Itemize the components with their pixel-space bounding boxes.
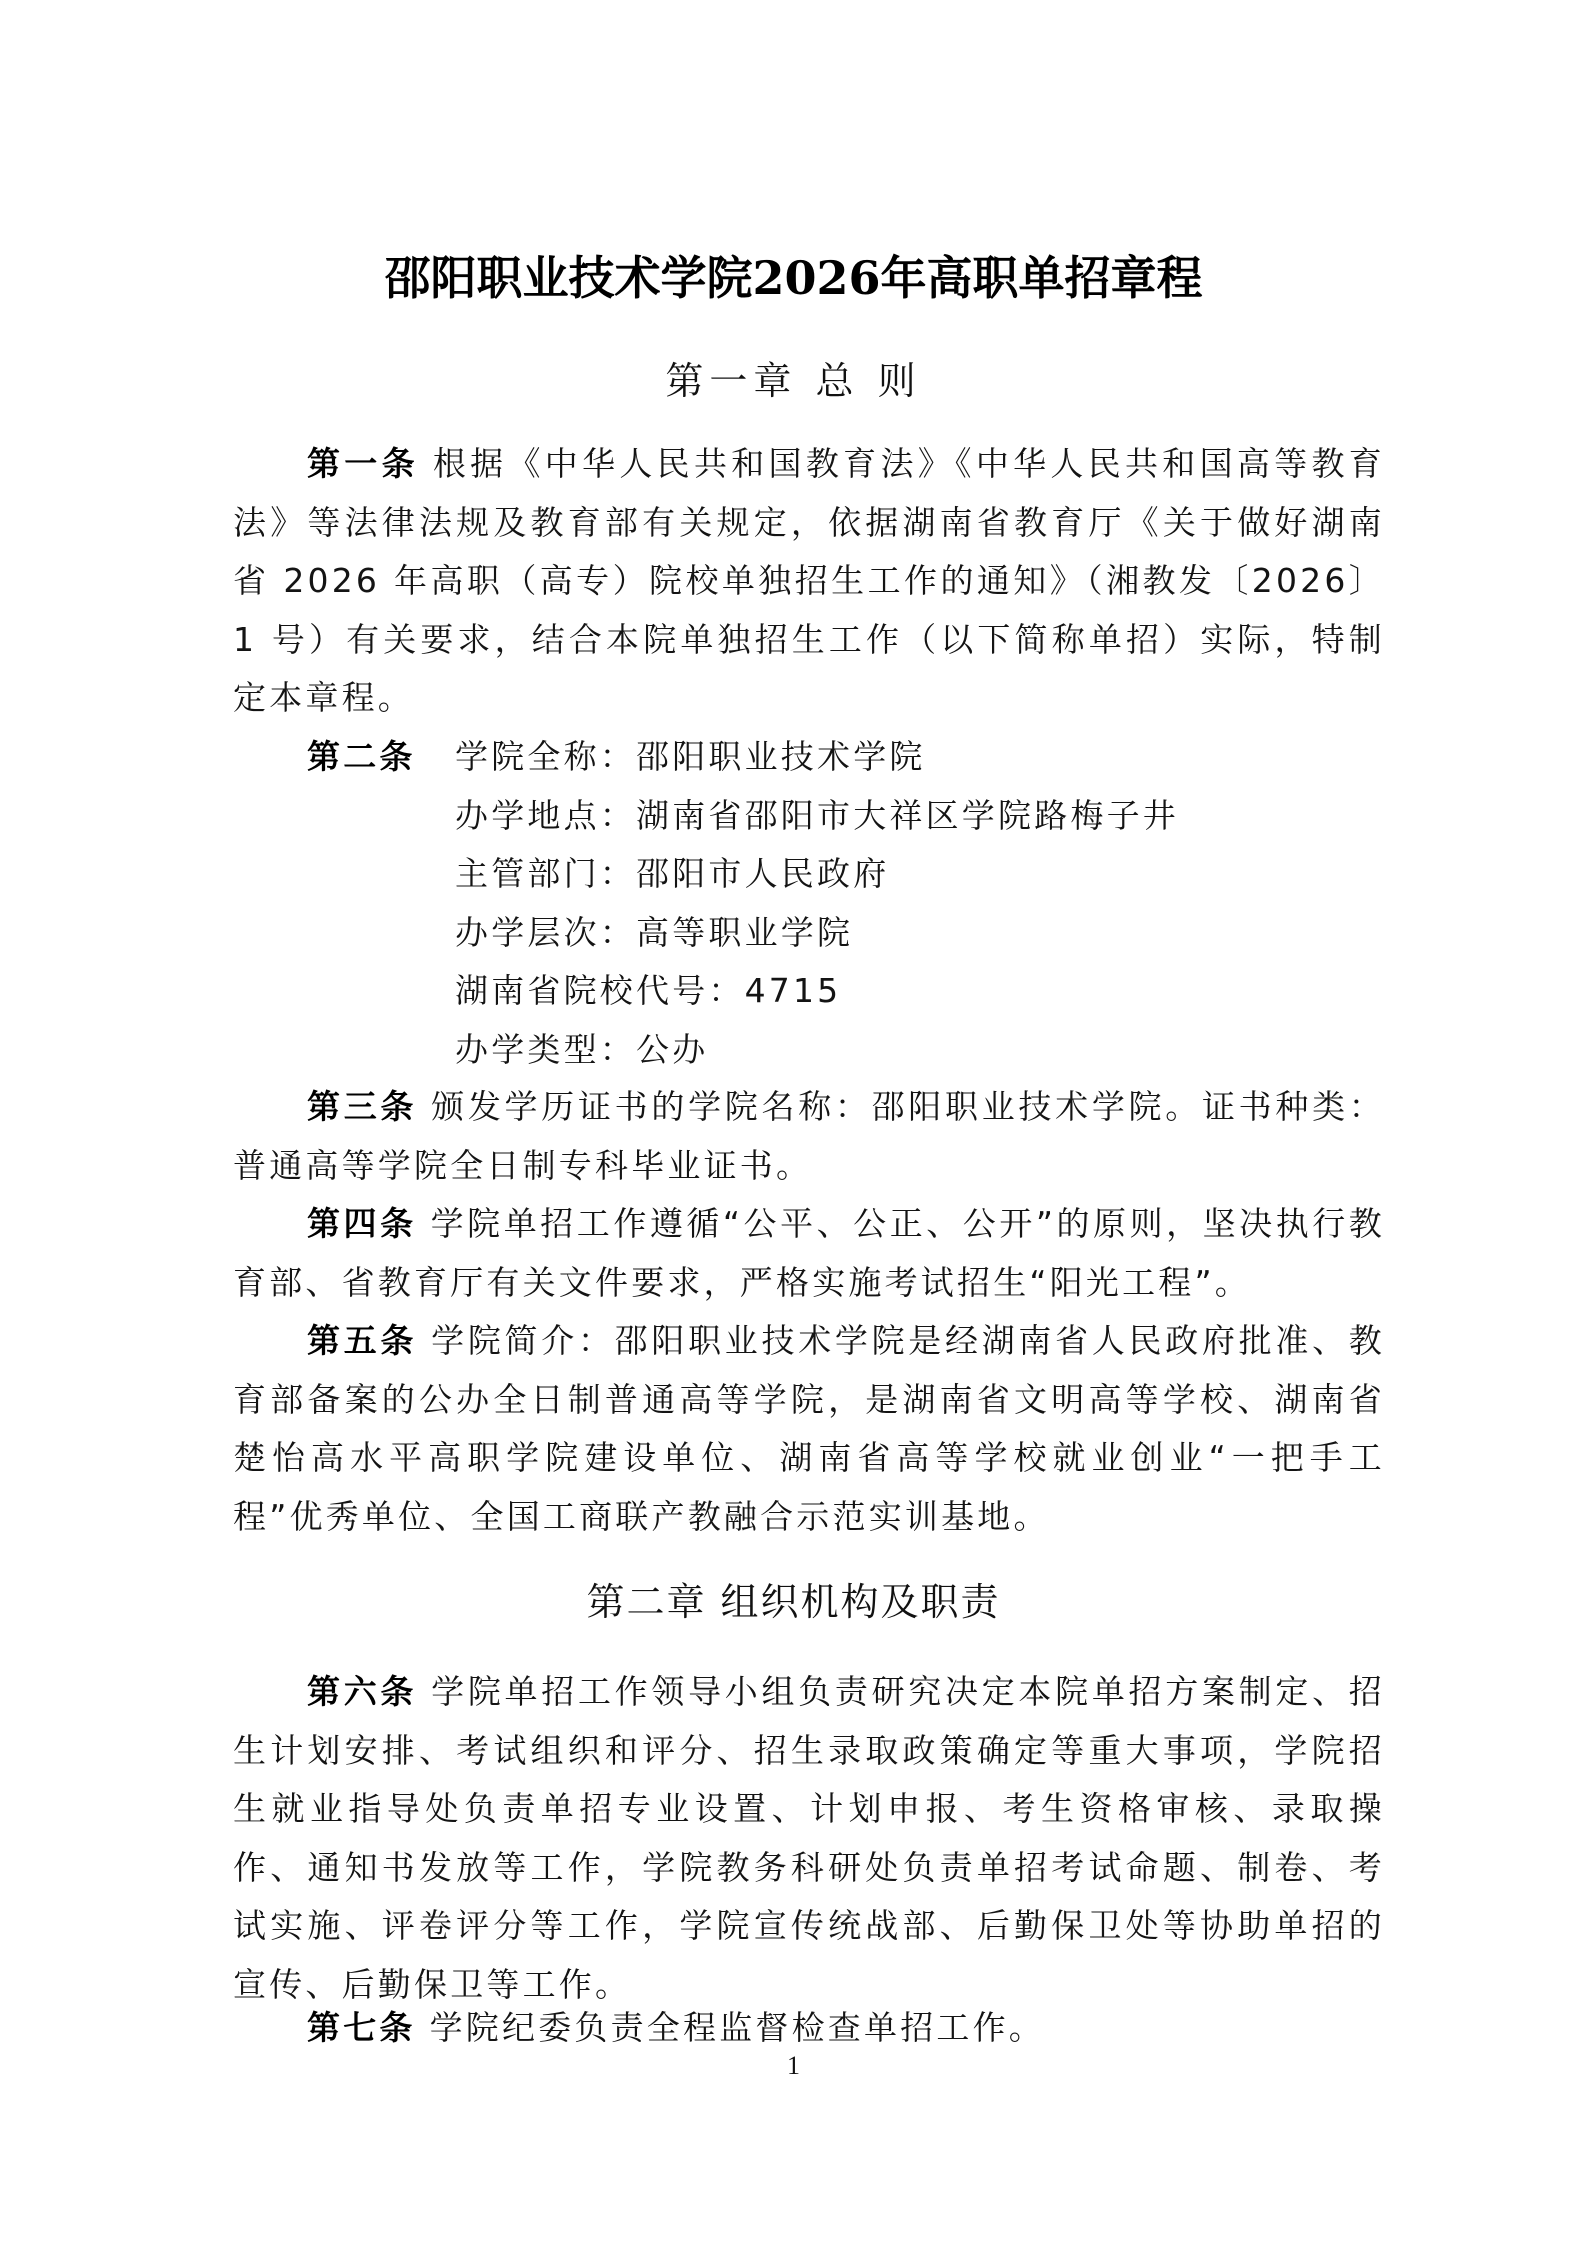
article-5: 第五条学院简介：邵阳职业技术学院是经湖南省人民政府批准、教育部备案的公办全日制普… (233, 1312, 1385, 1546)
article-paragraph: 第三条颁发学历证书的学院名称：邵阳职业技术学院。证书种类：普通高等学院全日制专科… (233, 1078, 1385, 1195)
article-1: 第一条根据《中华人民共和国教育法》《中华人民共和国高等教育法》等法律法规及教育部… (233, 435, 1385, 728)
article-paragraph: 第五条学院简介：邵阳职业技术学院是经湖南省人民政府批准、教育部备案的公办全日制普… (233, 1312, 1385, 1546)
article-label: 第三条 (307, 1087, 417, 1126)
page-number: 1 (0, 2050, 1587, 2082)
article-paragraph: 第七条学院纪委负责全程监督检查单招工作。 (233, 1999, 1385, 2058)
article-label: 第七条 (307, 2008, 416, 2047)
document-page: 邵阳职业技术学院2026年高职单招章程 第一章 总 则 第一条根据《中华人民共和… (0, 0, 1587, 2245)
article-7: 第七条学院纪委负责全程监督检查单招工作。 (233, 1999, 1385, 2058)
school-info-list: 学院全称：邵阳职业技术学院 办学地点：湖南省邵阳市大祥区学院路梅子井 主管部门：… (307, 728, 1387, 1079)
chapter-1-heading: 第一章 总 则 (0, 356, 1587, 406)
info-row-full-name: 学院全称：邵阳职业技术学院 (307, 728, 1387, 787)
article-paragraph: 第一条根据《中华人民共和国教育法》《中华人民共和国高等教育法》等法律法规及教育部… (233, 435, 1385, 728)
article-label: 第四条 (307, 1204, 417, 1243)
article-6: 第六条学院单招工作领导小组负责研究决定本院单招方案制定、招生计划安排、考试组织和… (233, 1663, 1385, 2014)
article-paragraph: 第四条学院单招工作遵循“公平、公正、公开”的原则，坚决执行教育部、省教育厅有关文… (233, 1195, 1385, 1312)
info-row-type: 办学类型：公办 (307, 1021, 1387, 1080)
article-text: 学院纪委负责全程监督检查单招工作。 (430, 2008, 1045, 2047)
article-paragraph: 第六条学院单招工作领导小组负责研究决定本院单招方案制定、招生计划安排、考试组织和… (233, 1663, 1385, 2014)
info-row-school-code: 湖南省院校代号：4715 (307, 962, 1387, 1021)
article-label: 第六条 (307, 1672, 417, 1711)
article-4: 第四条学院单招工作遵循“公平、公正、公开”的原则，坚决执行教育部、省教育厅有关文… (233, 1195, 1385, 1312)
article-3: 第三条颁发学历证书的学院名称：邵阳职业技术学院。证书种类：普通高等学院全日制专科… (233, 1078, 1385, 1195)
article-label: 第五条 (307, 1321, 417, 1360)
info-row-level: 办学层次：高等职业学院 (307, 904, 1387, 963)
article-text: 学院单招工作领导小组负责研究决定本院单招方案制定、招生计划安排、考试组织和评分、… (233, 1672, 1385, 2004)
document-title: 邵阳职业技术学院2026年高职单招章程 (0, 248, 1587, 308)
info-row-location: 办学地点：湖南省邵阳市大祥区学院路梅子井 (307, 787, 1387, 846)
info-row-authority: 主管部门：邵阳市人民政府 (307, 845, 1387, 904)
chapter-2-heading: 第二章 组织机构及职责 (0, 1577, 1587, 1627)
article-text: 根据《中华人民共和国教育法》《中华人民共和国高等教育法》等法律法规及教育部有关规… (233, 444, 1385, 717)
article-label: 第一条 (307, 444, 419, 483)
